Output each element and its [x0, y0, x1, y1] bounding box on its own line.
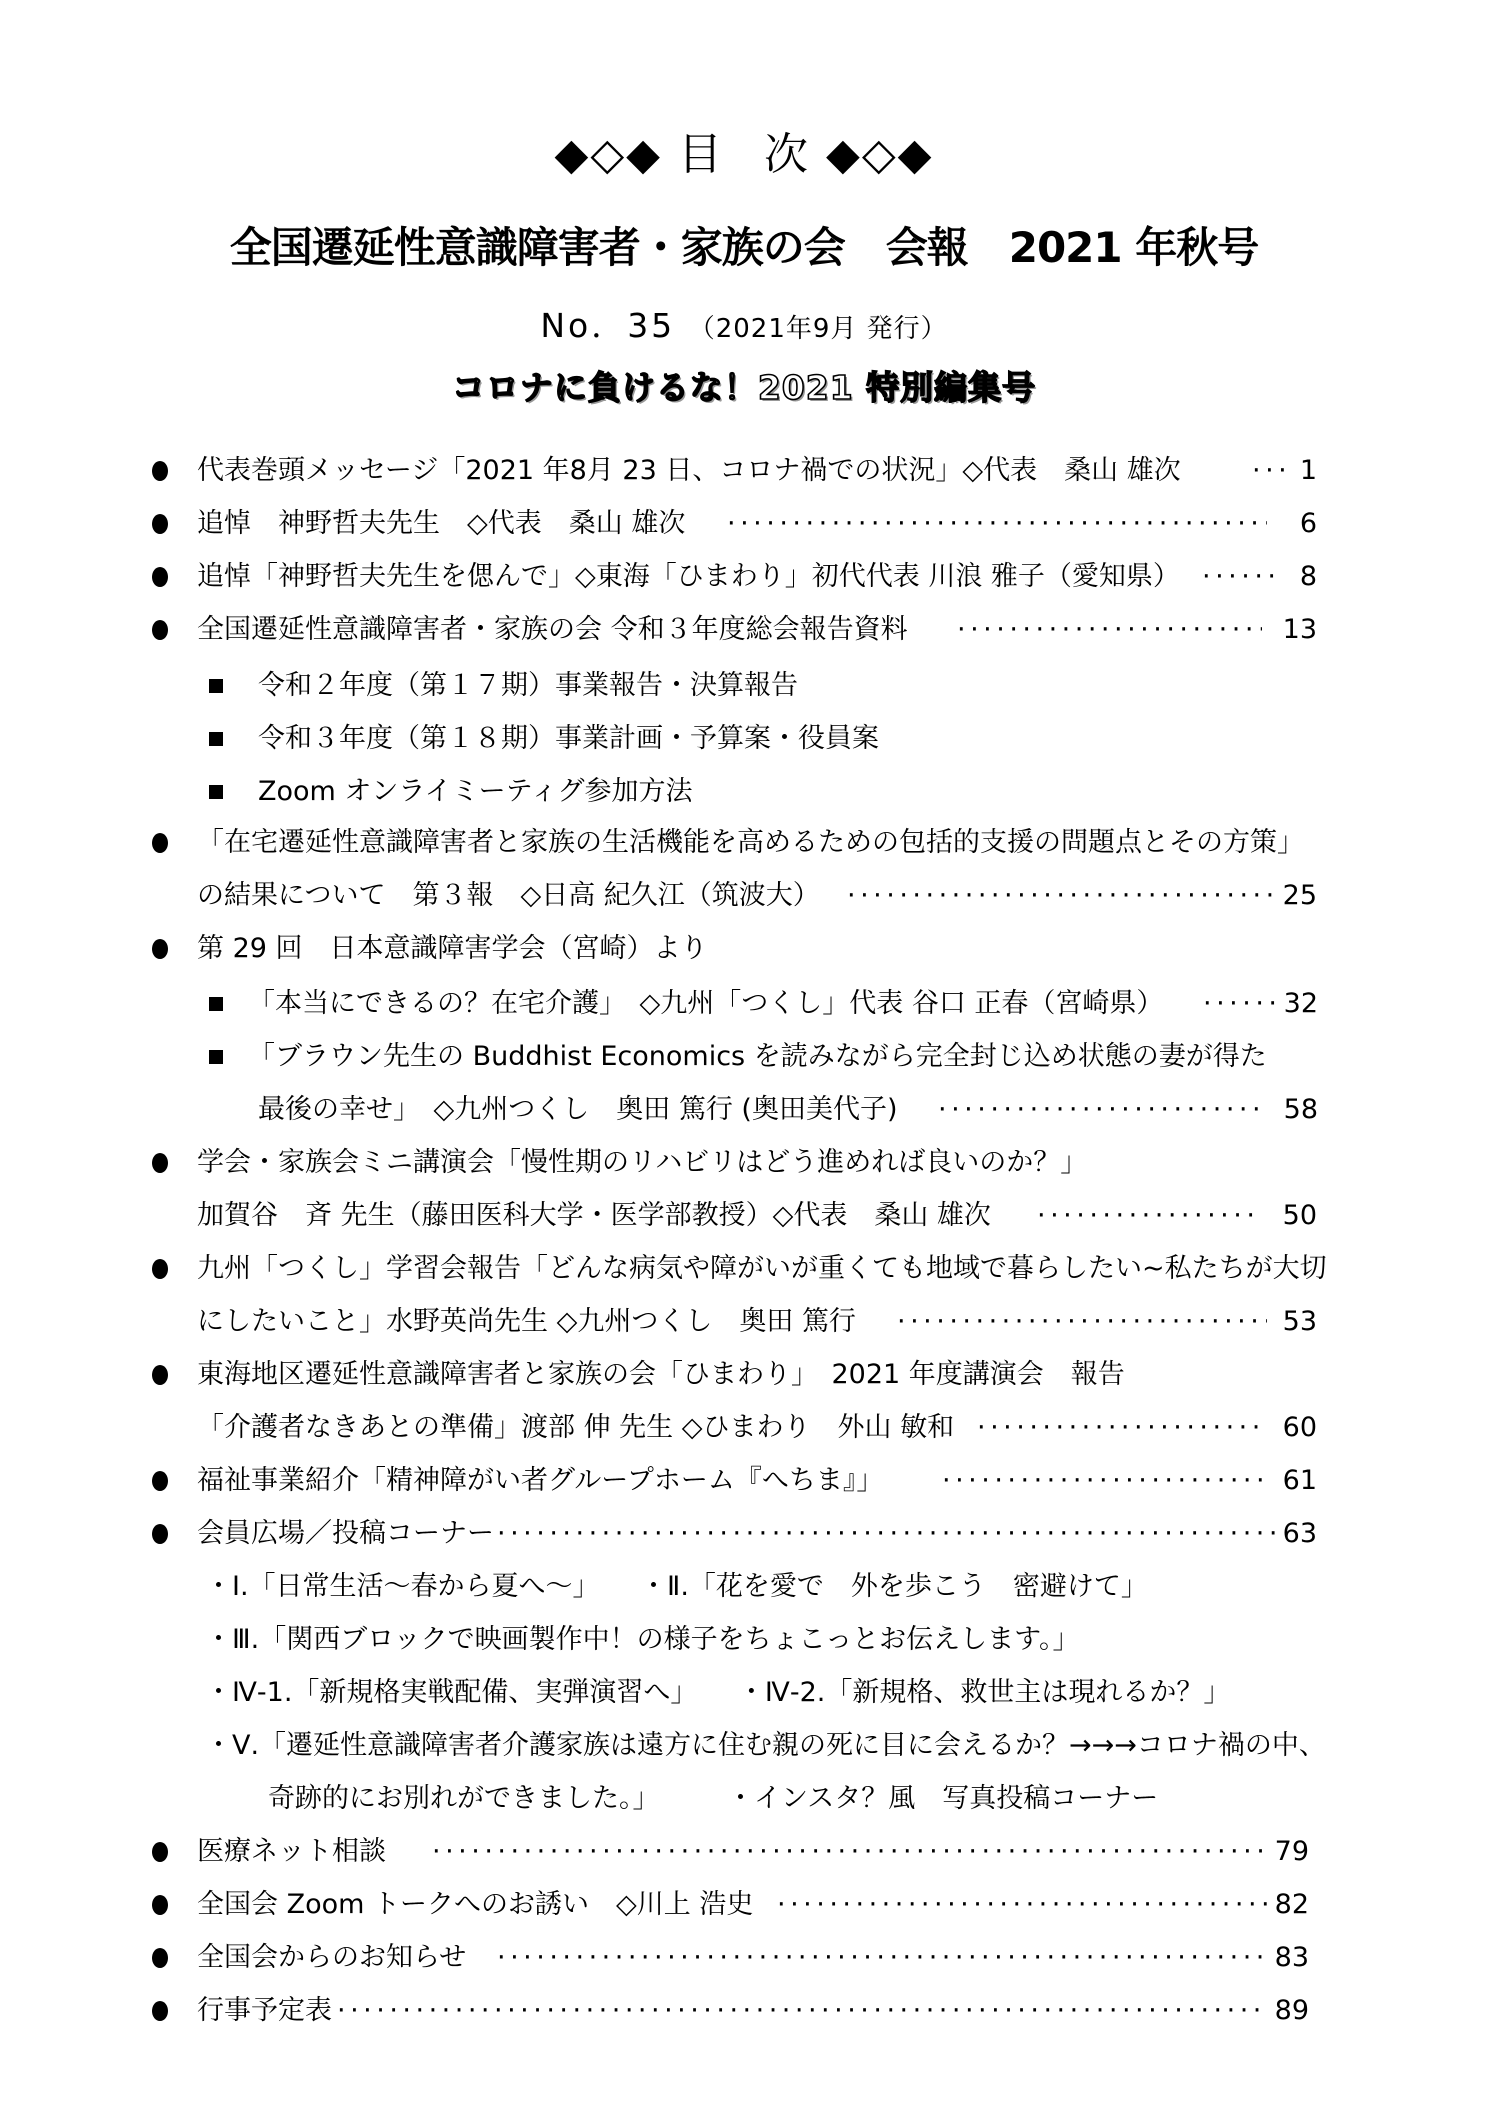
toc-entry[interactable]: 「ブラウン先生の Buddhist Economics を読みながら完全封じ込め… [248, 1037, 1318, 1077]
toc-entry[interactable]: 全国会からのお知らせ 83 [197, 1938, 1309, 1978]
toc-entry-page: 1 [1300, 451, 1317, 491]
toc-entry[interactable]: 「在宅遷延性意識障害者と家族の生活機能を高めるための包括的支援の問題点とその方策… [197, 823, 1317, 863]
dot-leader [1037, 1196, 1262, 1236]
toc-entry-text: 福祉事業紹介「精神障がい者グループホーム『へちま』」 [197, 1461, 883, 1501]
bullet-circle-icon [152, 1524, 168, 1544]
toc-entry-text: ・Ⅳ-1.「新規格実戦配備、実弾演習へ」 ・Ⅳ-2.「新規格、救世主は現れるか？… [205, 1673, 1230, 1713]
toc-subentry-continuation[interactable]: 奇跡的にお別れができました。」 ・インスタ？風 写真投稿コーナー [268, 1779, 1318, 1819]
toc-entry-text: Zoom オンライミーティグ参加方法 [258, 772, 692, 812]
dot-leader [777, 1885, 1267, 1925]
toc-entry-text: 「ブラウン先生の Buddhist Economics を読みながら完全封じ込め… [248, 1037, 1267, 1077]
toc-entry-text: ・Ⅰ.「日常生活～春から夏へ～」 ・Ⅱ.「花を愛で 外を歩こう 密避けて」 [205, 1567, 1148, 1607]
issue-date: （2021年9月 発行） [689, 314, 948, 344]
toc-entry-text: 医療ネット相談 [197, 1832, 386, 1872]
toc-entry-page: 58 [1284, 1090, 1318, 1130]
toc-entry[interactable]: 行事予定表 89 [197, 1991, 1309, 2031]
dot-leader [1203, 984, 1278, 1024]
toc-entry-text: 加賀谷 斉 先生（藤田医科大学・医学部教授）◇代表 桑山 雄次 [197, 1196, 991, 1236]
bullet-square-icon [209, 732, 223, 746]
toc-entry[interactable]: 九州「つくし」学習会報告「どんな病気や障がいが重くても地域で暮らしたい~私たちが… [197, 1249, 1317, 1289]
bullet-circle-icon [152, 1153, 168, 1173]
toc-entry-text: 学会・家族会ミニ講演会「慢性期のリハビリはどう進めれば良いのか？」 [197, 1143, 1087, 1183]
dot-leader [847, 876, 1277, 916]
toc-entry[interactable]: 全国会 Zoom トークへのお誘い ◇川上 浩史 82 [197, 1885, 1309, 1925]
toc-entry-page: 89 [1275, 1991, 1309, 2031]
toc-subentry[interactable]: ・Ⅴ.「遷延性意識障害者介護家族は遠方に住む親の死に目に会えるか？→→→コロナ禍… [205, 1726, 1315, 1766]
toc-entry-text: ・Ⅲ.「関西ブロックで映画製作中！の様子をちょこっとお伝えします。」 [205, 1620, 1079, 1660]
dot-leader [337, 1991, 1267, 2031]
toc-entry-page: 50 [1283, 1196, 1317, 1236]
toc-entry-page: 32 [1284, 984, 1318, 1024]
newsletter-title: 全国遷延性意識障害者・家族の会 会報 2021 年秋号 [0, 215, 1488, 275]
bullet-circle-icon [152, 567, 168, 587]
toc-entry-text: 東海地区遷延性意識障害者と家族の会「ひまわり」 2021 年度講演会 報告 [197, 1355, 1125, 1395]
toc-entry-text: 令和２年度（第１７期）事業報告・決算報告 [258, 666, 798, 706]
diamond-ornament-right-icon: ◆◇◆ [826, 129, 934, 180]
toc-entry-text: 代表巻頭メッセージ「2021 年8月 23 日、コロナ禍での状況」◇代表 桑山 … [197, 451, 1181, 491]
toc-entry-text: 追悼「神野哲夫先生を偲んで」◇東海「ひまわり」初代代表 川浪 雅子（愛知県） [197, 557, 1180, 597]
bullet-circle-icon [152, 1259, 168, 1279]
toc-entry-text: ・Ⅴ.「遷延性意識障害者介護家族は遠方に住む親の死に目に会えるか？→→→コロナ禍… [205, 1726, 1326, 1766]
toc-entry[interactable]: 医療ネット相談 79 [197, 1832, 1309, 1872]
toc-entry-page: 53 [1283, 1302, 1317, 1342]
toc-entry-text: 追悼 神野哲夫先生 ◇代表 桑山 雄次 [197, 504, 685, 544]
toc-entry-page: 6 [1300, 504, 1317, 544]
toc-entry[interactable]: 令和３年度（第１８期）事業計画・予算案・役員案 [258, 719, 1318, 759]
toc-entry-text: 「在宅遷延性意識障害者と家族の生活機能を高めるための包括的支援の問題点とその方策… [197, 823, 1304, 863]
bullet-square-icon [209, 997, 223, 1011]
toc-entry[interactable]: 学会・家族会ミニ講演会「慢性期のリハビリはどう進めれば良いのか？」 [197, 1143, 1317, 1183]
toc-entry-text: 「介護者なきあとの準備」渡部 伸 先生 ◇ひまわり 外山 敏和 [197, 1408, 954, 1448]
toc-entry-text: 奇跡的にお別れができました。」 ・インスタ？風 写真投稿コーナー [268, 1779, 1158, 1819]
toc-entry-continuation[interactable]: 加賀谷 斉 先生（藤田医科大学・医学部教授）◇代表 桑山 雄次 50 [197, 1196, 1317, 1236]
toc-entry-page: 13 [1283, 610, 1317, 650]
toc-entry-page: 60 [1283, 1408, 1317, 1448]
toc-subentry[interactable]: ・Ⅲ.「関西ブロックで映画製作中！の様子をちょこっとお伝えします。」 [205, 1620, 1315, 1660]
bullet-circle-icon [152, 620, 168, 640]
toc-entry[interactable]: 代表巻頭メッセージ「2021 年8月 23 日、コロナ禍での状況」◇代表 桑山 … [197, 451, 1317, 491]
toc-entry[interactable]: 第 29 回 日本意識障害学会（宮崎）より [197, 929, 1317, 969]
toc-entry[interactable]: 「本当にできるの？在宅介護」 ◇九州「つくし」代表 谷口 正春（宮崎県） 32 [248, 984, 1318, 1024]
toc-entry-text: 行事予定表 [197, 1991, 332, 2031]
toc-heading: ◆◇◆ 目次 ◆◇◆ [0, 118, 1488, 182]
toc-entry-text: 全国会からのお知らせ [197, 1938, 466, 1978]
bullet-circle-icon [152, 939, 168, 959]
toc-entry[interactable]: 令和２年度（第１７期）事業報告・決算報告 [258, 666, 1318, 706]
toc-entry-text: 「本当にできるの？在宅介護」 ◇九州「つくし」代表 谷口 正春（宮崎県） [248, 984, 1163, 1024]
dot-leader [938, 1090, 1268, 1130]
bullet-circle-icon [152, 2001, 168, 2021]
special-edition-title: コロナに負けるな！2021 特別編集号 [0, 362, 1488, 409]
dot-leader [497, 1514, 1277, 1554]
toc-entry-continuation[interactable]: にしたいこと」水野英尚先生 ◇九州つくし 奥田 篤行 53 [197, 1302, 1317, 1342]
toc-entry[interactable]: 全国遷延性意識障害者・家族の会 令和３年度総会報告資料 13 [197, 610, 1317, 650]
toc-subentry[interactable]: ・Ⅰ.「日常生活～春から夏へ～」 ・Ⅱ.「花を愛で 外を歩こう 密避けて」 [205, 1567, 1315, 1607]
toc-entry-continuation[interactable]: の結果について 第３報 ◇日高 紀久江（筑波大） 25 [197, 876, 1317, 916]
toc-entry-page: 63 [1283, 1514, 1317, 1554]
dot-leader [977, 1408, 1267, 1448]
toc-entry[interactable]: 会員広場／投稿コーナー 63 [197, 1514, 1317, 1554]
dot-leader [957, 610, 1262, 650]
bullet-square-icon [209, 1050, 223, 1064]
toc-entry-text: の結果について 第３報 ◇日高 紀久江（筑波大） [197, 876, 820, 916]
diamond-ornament-left-icon: ◆◇◆ [554, 129, 662, 180]
dot-leader [432, 1832, 1267, 1872]
bullet-square-icon [209, 679, 223, 693]
toc-entry-text: にしたいこと」水野英尚先生 ◇九州つくし 奥田 篤行 [197, 1302, 856, 1342]
toc-entry-text: 九州「つくし」学習会報告「どんな病気や障がいが重くても地域で暮らしたい~私たちが… [197, 1249, 1327, 1289]
toc-entry-page: 8 [1300, 557, 1317, 597]
bullet-circle-icon [152, 833, 168, 853]
dot-leader [1202, 557, 1277, 597]
bullet-circle-icon [152, 514, 168, 534]
toc-entry-page: 82 [1275, 1885, 1309, 1925]
dot-leader [942, 1461, 1262, 1501]
bullet-circle-icon [152, 1842, 168, 1862]
toc-subentry[interactable]: ・Ⅳ-1.「新規格実戦配備、実弾演習へ」 ・Ⅳ-2.「新規格、救世主は現れるか？… [205, 1673, 1315, 1713]
toc-entry-text: 会員広場／投稿コーナー [197, 1514, 494, 1554]
toc-entry-text: 全国遷延性意識障害者・家族の会 令和３年度総会報告資料 [197, 610, 908, 650]
toc-entry-page: 83 [1275, 1938, 1309, 1978]
toc-entry[interactable]: Zoom オンライミーティグ参加方法 [258, 772, 1318, 812]
toc-entry[interactable]: 東海地区遷延性意識障害者と家族の会「ひまわり」 2021 年度講演会 報告 [197, 1355, 1317, 1395]
toc-entry-page: 79 [1275, 1832, 1309, 1872]
toc-entry[interactable]: 追悼「神野哲夫先生を偲んで」◇東海「ひまわり」初代代表 川浪 雅子（愛知県） 8 [197, 557, 1317, 597]
bullet-circle-icon [152, 1471, 168, 1491]
bullet-circle-icon [152, 1365, 168, 1385]
dot-leader [727, 504, 1267, 544]
toc-entry-continuation[interactable]: 最後の幸せ」 ◇九州つくし 奥田 篤行 (奥田美代子) 58 [258, 1090, 1318, 1130]
issue-number: No．35 [540, 306, 675, 345]
bullet-circle-icon [152, 461, 168, 481]
toc-entry-page: 25 [1283, 876, 1317, 916]
toc-entry-text: 令和３年度（第１８期）事業計画・予算案・役員案 [258, 719, 879, 759]
dot-leader [497, 1938, 1267, 1978]
toc-entry-continuation[interactable]: 「介護者なきあとの準備」渡部 伸 先生 ◇ひまわり 外山 敏和 60 [197, 1408, 1317, 1448]
bullet-circle-icon [152, 1895, 168, 1915]
toc-entry-text: 全国会 Zoom トークへのお誘い ◇川上 浩史 [197, 1885, 753, 1925]
toc-entry[interactable]: 追悼 神野哲夫先生 ◇代表 桑山 雄次 6 [197, 504, 1317, 544]
toc-heading-char-2: 次 [764, 129, 810, 180]
toc-entry[interactable]: 福祉事業紹介「精神障がい者グループホーム『へちま』」 61 [197, 1461, 1317, 1501]
toc-entry-text: 第 29 回 日本意識障害学会（宮崎）より [197, 929, 708, 969]
dot-leader [1252, 451, 1292, 491]
toc-page: ◆◇◆ 目次 ◆◇◆ 全国遷延性意識障害者・家族の会 会報 2021 年秋号 N… [0, 0, 1488, 2108]
toc-entry-text: 最後の幸せ」 ◇九州つくし 奥田 篤行 (奥田美代子) [258, 1090, 898, 1130]
bullet-circle-icon [152, 1948, 168, 1968]
toc-entry-page: 61 [1283, 1461, 1317, 1501]
bullet-square-icon [209, 785, 223, 799]
issue-line: No．35 （2021年9月 発行） [0, 300, 1488, 347]
dot-leader [897, 1302, 1267, 1342]
toc-heading-char-1: 目 [678, 129, 724, 180]
